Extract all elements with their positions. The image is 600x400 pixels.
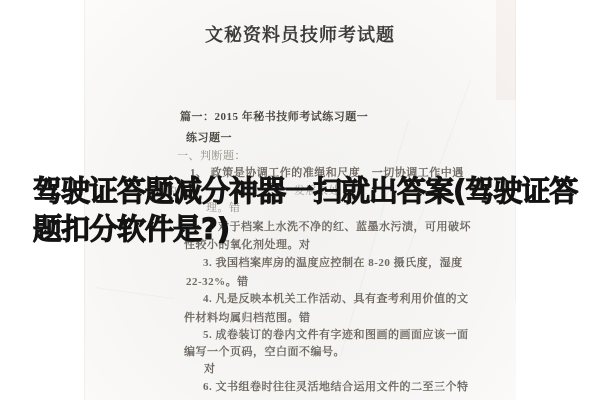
doc-item-4-end: 件材料均属归档范围。错	[184, 309, 311, 325]
doc-item-5-cont: 编写一个页码，空白面不编号。	[184, 343, 345, 359]
page-title: 文秘资料员技师考试题	[0, 21, 600, 47]
doc-section: 一、判断题：	[177, 147, 246, 163]
overlay-headline-line-2: 题扣分软件是?)	[33, 207, 229, 248]
doc-item-6: 6. 文书组卷时往往灵活地结合运用文件的二至三个特	[203, 378, 469, 394]
doc-item-5: 5. 成卷装订的卷内文件有字迹和图画的画面应该一面	[203, 326, 469, 342]
overlay-headline-line-1: 驾驶证答题减分神器一扫就出答案(驾驶证答	[33, 169, 577, 210]
doc-heading: 篇一：2015 年秘书技师考试练习题一	[180, 108, 368, 124]
doc-item-3: 3. 我国档案库房的温度应控制在 8-20 摄氏度，湿度	[203, 254, 463, 270]
document-photo: 文秘资料员技师考试题 篇一：2015 年秘书技师考试练习题一 练习题一 一、判断…	[0, 0, 600, 400]
doc-item-2: 对于档案上水洗不净的红、蓝墨水污渍，可用破坏	[218, 218, 471, 234]
paper-edge-tint	[496, 0, 516, 100]
doc-subheading: 练习题一	[186, 129, 232, 145]
doc-item-4: 4. 凡是反映本机关工作活动、具有查考利用价值的文	[203, 290, 469, 306]
doc-item-3-end: 22-32%。错	[186, 273, 249, 289]
doc-item-5-end: 对	[204, 360, 216, 376]
